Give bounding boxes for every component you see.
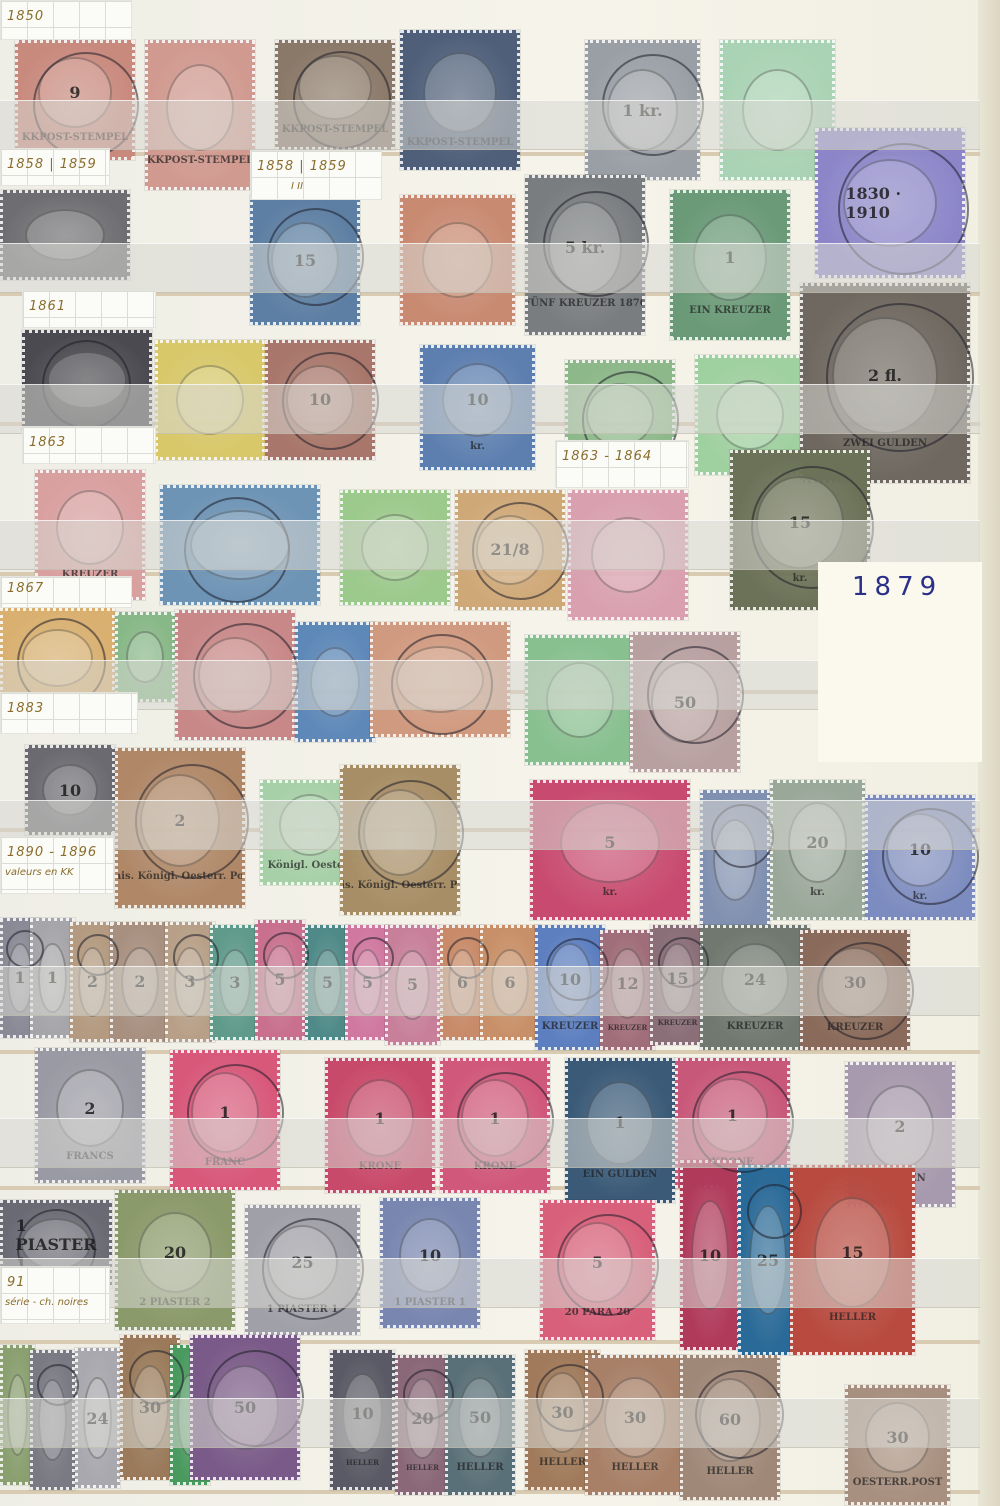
stamp: 30KREUZER [800, 930, 910, 1050]
stamp-portrait-oval [56, 490, 124, 566]
stamp-inscription: KKPOST-STEMPEL [22, 132, 128, 143]
stamp-inscription: FRANCS [66, 1151, 114, 1162]
stamp-portrait-oval: 6 [491, 949, 528, 1016]
stamp-portrait-oval [298, 55, 373, 119]
stamp-value: 1 kr. [622, 101, 662, 120]
stamp [0, 190, 130, 280]
stamp-value: 10 [699, 1246, 721, 1265]
year-label-text: 1858 | 1859 [257, 159, 347, 174]
stamp-portrait-oval: 20 [138, 1212, 213, 1294]
stamp-portrait-oval: 1 [693, 214, 768, 302]
year-label-1858-b: 1858 | 1859 I II [250, 150, 382, 200]
stamp: 2 [70, 922, 115, 1042]
stamp-portrait-oval: 2 [866, 1085, 934, 1170]
stamp [30, 1350, 75, 1490]
stamp: KKPOST-STEMPEL [400, 30, 520, 170]
stamp [175, 610, 295, 740]
stamp-inscription: FÜNF KREUZER 1870 [525, 298, 645, 309]
stamp-value: 50 [234, 1398, 256, 1417]
stamp-value: 20 [411, 1409, 433, 1428]
stamp-portrait-oval: 5 [560, 802, 659, 884]
stamp-portrait-oval: 5 [395, 950, 429, 1020]
stamp-portrait-oval [7, 1374, 29, 1456]
stamp: 20kr. [770, 780, 865, 920]
year-label-text: 91 [7, 1275, 26, 1290]
year-label-1867: 1867 [0, 576, 132, 608]
stamp-value: 15 [789, 513, 811, 532]
year-label-1890-1896: 1890 - 1896 valeurs en KK [0, 836, 114, 894]
stamp-value: 1 PIASTER 1 [16, 1216, 97, 1273]
stamp-portrait-oval: 1830 · 1910 [843, 159, 936, 247]
stamp [295, 622, 375, 742]
stamp: 10 [680, 1160, 740, 1350]
year-label-text: 1867 [7, 581, 44, 596]
stamp-inscription: 1 PIASTER 1 [267, 1304, 338, 1315]
stamp-value: 5 kr. [565, 238, 605, 257]
stamp-value: 60 [719, 1410, 741, 1429]
stamp-portrait-oval: 30 [865, 1402, 930, 1472]
stamp: 2 [110, 922, 170, 1042]
stamp-inscription: EIN GULDEN [583, 1169, 658, 1180]
stamp: 3 [165, 922, 215, 1042]
stamp [160, 485, 320, 605]
stamp-portrait-oval [396, 646, 483, 713]
stamp-value: 9 [69, 83, 80, 102]
stamp-value: 24 [744, 970, 766, 989]
stamp: 30HELLER [585, 1355, 685, 1495]
stamp: 101 PIASTER 1 [380, 1198, 480, 1328]
stamp-portrait-oval: 50 [458, 1377, 502, 1459]
stamp-portrait-oval [176, 365, 244, 435]
stamp: 25 [738, 1165, 798, 1355]
stamp-portrait-oval: 5 [353, 949, 381, 1016]
stamp-portrait-oval: 2 [140, 774, 221, 867]
stamp-portrait-oval: 1 [7, 943, 32, 1013]
stamp-portrait-oval [38, 1379, 66, 1461]
stamp: 1KRONE [325, 1058, 435, 1193]
stamp-portrait-oval: 15 [814, 1197, 892, 1308]
stamp: KKPOST-STEMPEL [275, 40, 395, 150]
stamp: 251 PIASTER 1 [245, 1205, 360, 1335]
stamp-inscription: 1 PIASTER 1 [394, 1297, 465, 1308]
stamp-inscription: KKPOST-STEMPEL [147, 155, 253, 166]
stamp: 10 [25, 745, 115, 835]
stamp-value: 30 [624, 1408, 646, 1427]
stamp-portrait-oval [546, 662, 614, 738]
stamp: 10HELLER [330, 1350, 395, 1490]
stamp-value: 1830 · 1910 [845, 184, 934, 222]
stamp-inscription: HELLER [406, 1463, 439, 1472]
stamp-value: 20 [806, 833, 828, 852]
stamp-portrait-oval [190, 510, 289, 580]
stamp-portrait-oval [591, 517, 666, 593]
stamp-value: 21/8 [490, 540, 529, 559]
stamp-portrait-oval [716, 380, 784, 450]
stamp-inscription: ZWEI GULDEN [843, 438, 927, 449]
stamp-value: 1 [219, 1103, 230, 1122]
stamp-value: 10 [351, 1404, 373, 1423]
stamp [155, 340, 265, 460]
stamp-inscription: KKPOST-STEMPEL [407, 137, 513, 148]
stamp-portrait-oval [25, 209, 106, 262]
stamp: 1EIN GULDEN [565, 1058, 675, 1203]
year-label-subtext: valeurs en KK [5, 867, 74, 878]
stamp-value: 5 [604, 833, 615, 852]
stamp: 1 kr. [585, 40, 700, 180]
stamp-value: 30 [844, 973, 866, 992]
stamp-value: 10 [909, 840, 931, 859]
stamp: 520 PARA 20 [540, 1200, 655, 1340]
stamp-portrait-oval [586, 383, 654, 447]
stamp [700, 790, 770, 930]
stamp-inscription: kr. [793, 573, 808, 584]
stamp: Kais. Königl. Oesterr. Post [340, 765, 460, 915]
stamp-portrait-oval: 9 [38, 57, 113, 127]
stamp-value: 30 [139, 1398, 161, 1417]
year-label-1863-1864: 1863 - 1864 [555, 440, 689, 488]
stamp-inscription: HELLER [346, 1458, 379, 1467]
stamp: 6 [440, 925, 485, 1040]
stamp-portrait-oval: 1 kr. [607, 69, 679, 151]
stamp-value: 30 [551, 1403, 573, 1422]
stamp-inscription: KREUZER [827, 1022, 884, 1033]
stamp-portrait-oval: 2 [56, 1069, 124, 1148]
stamp-value: 1 [489, 1109, 500, 1128]
stamp-inscription: KRONE [474, 1161, 516, 1172]
stamp: 15HELLER [790, 1165, 915, 1355]
stamp-portrait-oval: 1 [697, 1078, 769, 1154]
stamp-value: 10 [559, 970, 581, 989]
year-label-subtext: I II [291, 181, 303, 192]
stamp-portrait-oval [126, 631, 163, 684]
stamp-value: 3 [229, 973, 240, 992]
stamp-inscription: kr. [913, 891, 928, 902]
stamp-portrait-oval [713, 819, 757, 901]
stamp-portrait-oval: 6 [448, 949, 476, 1016]
stamp-value: 25 [757, 1251, 779, 1270]
stamp: 21/8 [455, 490, 565, 610]
stamp-value: 6 [504, 973, 515, 992]
stamp-inscription: 20 PARA 20 [565, 1307, 630, 1318]
year-label-text: 1890 - 1896 [7, 845, 97, 860]
stamp-value: 10 [59, 781, 81, 800]
stamp-inscription: HELLER [539, 1457, 586, 1468]
stamp: KKPOST-STEMPEL [145, 40, 255, 190]
stamp-portrait-oval: 10 [442, 363, 514, 436]
stamp-value: 2 [84, 1099, 95, 1118]
stamp: 6 [480, 925, 540, 1040]
stamp-value: 30 [886, 1428, 908, 1447]
year-label-1858-a: 1858 | 1859 [0, 148, 110, 186]
stamp: 15 [250, 195, 360, 325]
year-label-text: 1863 - 1864 [562, 449, 652, 464]
stamp [525, 635, 635, 765]
stamp-portrait-oval [47, 351, 128, 410]
stamp-value: 2 [894, 1117, 905, 1136]
stamp-portrait-oval: 1 [461, 1079, 529, 1158]
stamp-value: 50 [469, 1408, 491, 1427]
stamp-value: 20 [164, 1243, 186, 1262]
stamp-portrait-oval [198, 637, 273, 713]
stamp-value: 10 [309, 390, 331, 409]
stamp: 10KREUZER [535, 925, 605, 1050]
stamp-value: 15 [294, 251, 316, 270]
stamp-portrait-oval: 25 [267, 1225, 339, 1301]
year-label-1879: 1879 [818, 562, 982, 762]
stamp-portrait-oval: 3 [219, 949, 250, 1016]
stamp-portrait-oval: 10 [691, 1200, 728, 1311]
stamp-portrait-oval: 20 [405, 1378, 439, 1460]
stamp-value: 3 [184, 972, 195, 991]
stamp-value: 5 [362, 973, 373, 992]
stamp-inscription: 2 PIASTER 2 [139, 1297, 210, 1308]
stamp [340, 490, 450, 605]
year-label-1863: 1863 [22, 426, 156, 464]
stamp: 50HELLER [445, 1355, 515, 1495]
year-label-text: 1861 [29, 299, 66, 314]
stamp: 2Kais. Königl. Oesterr. Post [115, 748, 245, 908]
stamp-portrait-oval: 1 [346, 1079, 414, 1158]
stamp-inscription: KREUZER [727, 1021, 784, 1032]
stamp: 60HELLER [680, 1355, 780, 1500]
stamp-inscription: OESTERR.POST [853, 1477, 943, 1488]
stamp: 5 [385, 925, 440, 1045]
stamp-portrait-oval [22, 629, 94, 688]
stamp-portrait-oval: 12 [610, 948, 644, 1018]
stamp-portrait-oval: 10 [886, 813, 954, 886]
stamp-value: 50 [674, 693, 696, 712]
stamp-inscription: Kais. Königl. Oesterr. Post [340, 880, 460, 891]
stamp-value: 1 [614, 1113, 625, 1132]
stamp-value: 5 [274, 970, 285, 989]
stamp-portrait-oval: 24 [83, 1377, 111, 1459]
stamp-value: 5 [322, 973, 333, 992]
stamp-portrait-oval [742, 69, 814, 151]
year-label-text: 1863 [29, 435, 66, 450]
stamp-value: 10 [466, 390, 488, 409]
stamp-portrait-oval: 25 [749, 1205, 786, 1316]
stamp: 2FRANCS [35, 1048, 145, 1183]
stamp-portrait-oval: 2 [78, 947, 106, 1017]
stamp-inscription: KRONE [359, 1161, 401, 1172]
year-label-text: 1850 [7, 9, 44, 24]
stamp: 20HELLER [395, 1355, 450, 1495]
year-label-1883: 1883 [0, 692, 138, 734]
stamp: 50 [190, 1335, 300, 1480]
stamp-portrait-oval: 60 [699, 1378, 761, 1463]
stamp-portrait-oval: 1 [586, 1081, 654, 1166]
stamp-portrait-oval: 5 [562, 1222, 634, 1304]
stamp-portrait-oval: 20 [788, 802, 847, 884]
stamp-portrait-oval: 10 [42, 764, 98, 817]
stamp: 9KKPOST-STEMPEL [15, 40, 135, 160]
stamp: 5 [255, 920, 305, 1040]
stamp [568, 490, 688, 620]
stamp-inscription: kr. [603, 887, 618, 898]
year-label-1850: 1850 [0, 0, 132, 40]
strip-rail [0, 1050, 980, 1054]
stamp-value: 2 [174, 811, 185, 830]
stamp-portrait-oval: 21/8 [476, 515, 544, 585]
stamp-value: 5 [592, 1253, 603, 1272]
stamp-portrait-oval [279, 794, 341, 855]
stamp-value: 1 [47, 968, 58, 987]
stamp-portrait-oval: 50 [211, 1365, 279, 1450]
stamp-value: 5 [407, 975, 418, 994]
stamp-portrait-oval: 1 [38, 943, 66, 1013]
stamp-inscription: KREUZER [542, 1021, 599, 1032]
stamp-portrait-oval: 30 [604, 1377, 666, 1459]
stamp: 50 [630, 632, 740, 772]
stamp-value: 6 [457, 973, 468, 992]
stamp-value: 1 [724, 248, 735, 267]
stamp: 12KREUZER [600, 930, 655, 1050]
stamp-value: 12 [616, 974, 638, 993]
stamp: 5 [305, 925, 350, 1040]
year-label-subtext: série - ch. noires [5, 1297, 88, 1308]
stamp-value: 10 [419, 1246, 441, 1265]
stamp: 30OESTERR.POST [845, 1385, 950, 1505]
stamp: 15KREUZER [650, 925, 705, 1045]
stamp-portrait-oval [363, 789, 438, 877]
stamp-portrait-oval [361, 514, 429, 581]
year-label-text: 1879 [852, 572, 942, 602]
year-label-1891: 91 série - ch. noires [0, 1266, 110, 1324]
stamp-value: 25 [291, 1253, 313, 1272]
stamp-portrait-oval: 3 [174, 947, 205, 1017]
stamp-value: 1 [14, 968, 25, 987]
stamp-inscription: FRANC [205, 1157, 245, 1168]
stamp: 10 [265, 340, 375, 460]
stamp-portrait-oval: 30 [821, 947, 889, 1017]
stamp-value: 1 [727, 1106, 738, 1125]
stamp-portrait-oval: 30 [131, 1365, 168, 1450]
year-label-text: 1858 | 1859 [7, 157, 97, 172]
stamp [115, 612, 175, 702]
stamp: 5kr. [530, 780, 690, 920]
stamp-portrait-oval: 50 [651, 661, 719, 743]
stamp-portrait-oval: 10 [399, 1218, 461, 1294]
stamp-portrait-oval: 2 fl. [832, 317, 938, 434]
stamp [22, 330, 152, 430]
stamp-value: 24 [86, 1409, 108, 1428]
stamp-portrait-oval [422, 222, 494, 298]
stamp [370, 622, 510, 737]
stamp-portrait-oval: 1 [191, 1072, 259, 1154]
stamp: 10kr. [420, 345, 535, 470]
stamp-portrait-oval: 5 [264, 945, 295, 1015]
stamp [400, 195, 515, 325]
stamp: 202 PIASTER 2 [115, 1190, 235, 1330]
stamp-portrait-oval: 15 [660, 943, 694, 1013]
stamp: 24 [75, 1348, 120, 1488]
stamp-inscription: Kais. Königl. Oesterr. Post [115, 871, 245, 882]
stamp: 1830 · 1910 [815, 128, 965, 278]
stamp: 3 [210, 925, 260, 1040]
stamp-portrait-oval [423, 52, 498, 134]
stamp-inscription: KKPOST-STEMPEL [282, 124, 388, 135]
stamp-inscription: kr. [470, 441, 485, 452]
stamp-value: 2 [134, 972, 145, 991]
stamp-portrait-oval: 1 PIASTER 1 [21, 1218, 91, 1270]
stamp: 1FRANC [170, 1050, 280, 1190]
stamp-portrait-oval [166, 64, 234, 152]
stamp: 10kr. [865, 795, 975, 920]
stamp-inscription: HELLER [456, 1462, 503, 1473]
stamp-value: 2 fl. [868, 366, 902, 385]
stamp-inscription: EIN KREUZER [689, 305, 771, 316]
stamp-portrait-oval: 15 [756, 476, 843, 569]
stamp-inscription: HELLER [706, 1466, 753, 1477]
stamp-inscription: KREUZER [658, 1018, 698, 1027]
year-label-1861: 1861 [22, 290, 156, 328]
album-page: 1850 1858 | 1859 1858 | 1859 I II 1861 1… [0, 0, 1000, 1506]
stamp-portrait-oval: 5 [313, 949, 341, 1016]
stamp-portrait-oval: 30 [539, 1372, 586, 1454]
stamp: 5 [345, 925, 390, 1040]
stamp-value: 1 [374, 1109, 385, 1128]
stamp: 24KREUZER [700, 925, 810, 1050]
stamp-portrait-oval: 10 [548, 943, 592, 1016]
stamp-value: 15 [841, 1243, 863, 1262]
stamp-portrait-oval [310, 647, 360, 717]
stamp: 5 kr.FÜNF KREUZER 1870 [525, 175, 645, 335]
stamp: 1KRONE [440, 1058, 550, 1193]
stamp-portrait-oval: 5 kr. [548, 201, 623, 294]
stamp-inscription: KREUZER [608, 1023, 648, 1032]
stamp: 1 [30, 918, 75, 1038]
stamp-value: 15 [666, 969, 688, 988]
stamp-portrait-oval: 15 [271, 222, 339, 298]
year-label-text: 1883 [7, 701, 44, 716]
stamp-portrait-oval: 10 [342, 1373, 383, 1455]
stamp-portrait-oval: 24 [721, 943, 789, 1016]
stamp-value: 2 [87, 972, 98, 991]
stamp-inscription: HELLER [829, 1312, 876, 1323]
stamp-inscription: kr. [810, 887, 825, 898]
stamp-portrait-oval: 10 [286, 365, 354, 435]
stamp: 1EIN KREUZER [670, 190, 790, 340]
stamp-inscription: HELLER [611, 1462, 658, 1473]
stamp-portrait-oval: 2 [121, 947, 158, 1017]
